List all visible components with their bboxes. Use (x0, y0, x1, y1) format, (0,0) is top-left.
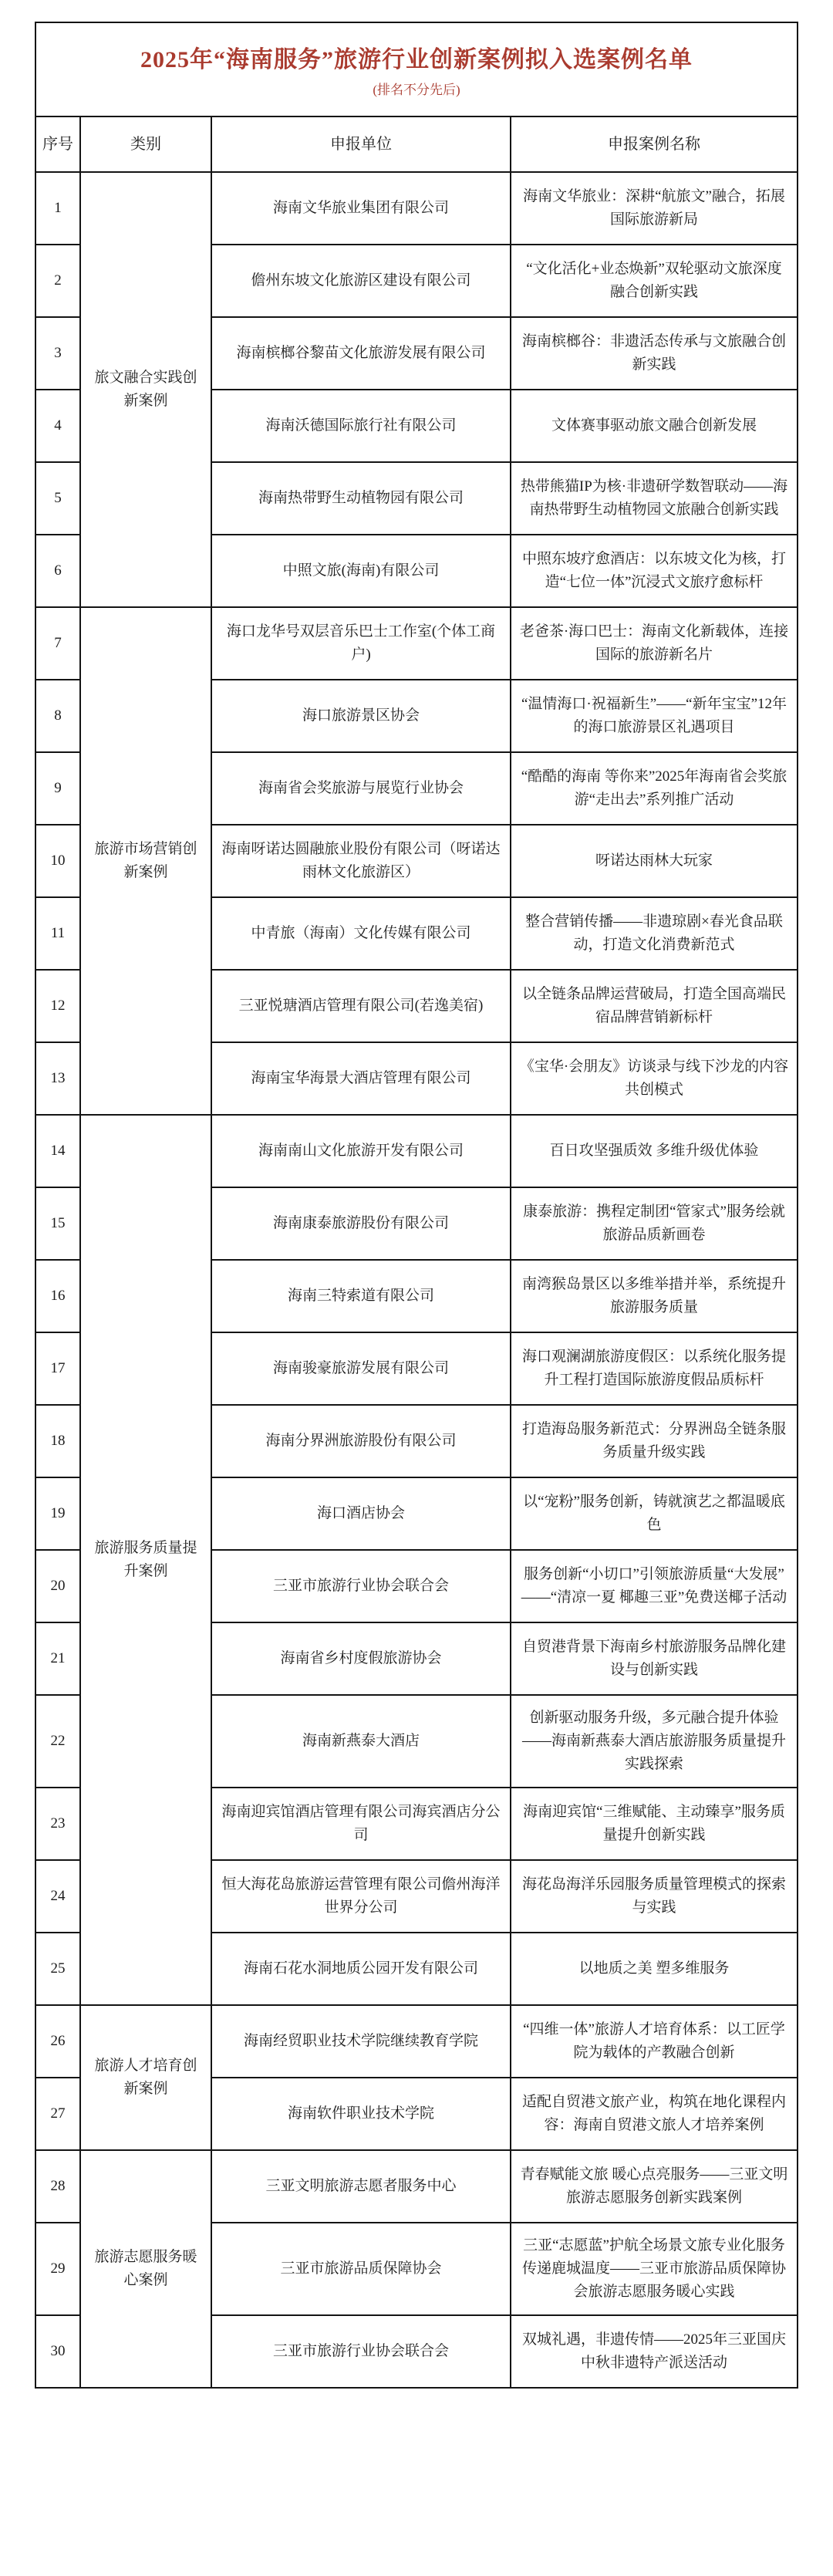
declaring-unit-cell: 海口龙华号双层音乐巴士工作室(个体工商户) (211, 607, 511, 680)
row-number: 23 (35, 1788, 80, 1860)
case-name-cell: “四维一体”旅游人才培育体系：以工匠学院为载体的产教融合创新 (511, 2005, 798, 2078)
declaring-unit-cell: 中照文旅(海南)有限公司 (211, 535, 511, 607)
column-header-case: 申报案例名称 (511, 116, 798, 172)
declaring-unit-cell: 海南热带野生动植物园有限公司 (211, 462, 511, 535)
row-number: 6 (35, 535, 80, 607)
row-number: 28 (35, 2150, 80, 2223)
case-name-cell: 康泰旅游：携程定制团“管家式”服务绘就旅游品质新画卷 (511, 1187, 798, 1260)
title-cell: 2025年“海南服务”旅游行业创新案例拟入选案例名单 (排名不分先后) (35, 22, 798, 116)
declaring-unit-cell: 海口旅游景区协会 (211, 680, 511, 752)
case-name-cell: 适配自贸港文旅产业，构筑在地化课程内容：海南自贸港文旅人才培养案例 (511, 2078, 798, 2150)
row-number: 30 (35, 2315, 80, 2388)
category-cell: 旅游市场营销创新案例 (80, 607, 211, 1115)
row-number: 19 (35, 1477, 80, 1550)
declaring-unit-cell: 海口酒店协会 (211, 1477, 511, 1550)
declaring-unit-cell: 三亚市旅游行业协会联合会 (211, 1550, 511, 1622)
declaring-unit-cell: 海南南山文化旅游开发有限公司 (211, 1115, 511, 1187)
declaring-unit-cell: 海南省乡村度假旅游协会 (211, 1622, 511, 1695)
case-name-cell: 百日攻坚强质效 多维升级优体验 (511, 1115, 798, 1187)
column-header-unit: 申报单位 (211, 116, 511, 172)
header-row: 序号 类别 申报单位 申报案例名称 (35, 116, 798, 172)
case-name-cell: 呀诺达雨林大玩家 (511, 825, 798, 897)
row-number: 17 (35, 1332, 80, 1405)
row-number: 2 (35, 245, 80, 317)
case-name-cell: 以全链条品牌运营破局，打造全国高端民宿品牌营销新标杆 (511, 970, 798, 1042)
case-name-cell: “酷酷的海南 等你来”2025年海南省会奖旅游“走出去”系列推广活动 (511, 752, 798, 825)
declaring-unit-cell: 海南软件职业技术学院 (211, 2078, 511, 2150)
row-number: 9 (35, 752, 80, 825)
category-cell: 旅游服务质量提升案例 (80, 1115, 211, 2005)
row-number: 18 (35, 1405, 80, 1477)
row-number: 10 (35, 825, 80, 897)
declaring-unit-cell: 儋州东坡文化旅游区建设有限公司 (211, 245, 511, 317)
category-cell: 旅游人才培育创新案例 (80, 2005, 211, 2150)
declaring-unit-cell: 海南经贸职业技术学院继续教育学院 (211, 2005, 511, 2078)
row-number: 14 (35, 1115, 80, 1187)
declaring-unit-cell: 海南石花水洞地质公园开发有限公司 (211, 1933, 511, 2005)
table-row: 26旅游人才培育创新案例海南经贸职业技术学院继续教育学院“四维一体”旅游人才培育… (35, 2005, 798, 2078)
case-name-cell: 海南迎宾馆“三维赋能、主动臻享”服务质量提升创新实践 (511, 1788, 798, 1860)
case-name-cell: 以“宠粉”服务创新，铸就演艺之都温暖底色 (511, 1477, 798, 1550)
row-number: 26 (35, 2005, 80, 2078)
declaring-unit-cell: 三亚市旅游品质保障协会 (211, 2223, 511, 2315)
row-number: 11 (35, 897, 80, 970)
declaring-unit-cell: 海南三特索道有限公司 (211, 1260, 511, 1332)
declaring-unit-cell: 海南分界洲旅游股份有限公司 (211, 1405, 511, 1477)
case-table-body: 1旅文融合实践创新案例海南文华旅业集团有限公司海南文华旅业：深耕“航旅文”融合，… (35, 172, 798, 2388)
case-name-cell: “文化活化+业态焕新”双轮驱动文旅深度融合创新实践 (511, 245, 798, 317)
case-name-cell: 整合营销传播——非遗琼剧×春光食品联动，打造文化消费新范式 (511, 897, 798, 970)
table-row: 7旅游市场营销创新案例海口龙华号双层音乐巴士工作室(个体工商户)老爸茶·海口巴士… (35, 607, 798, 680)
category-cell: 旅游志愿服务暖心案例 (80, 2150, 211, 2388)
declaring-unit-cell: 海南骏豪旅游发展有限公司 (211, 1332, 511, 1405)
case-name-cell: 热带熊猫IP为核·非遗研学数智联动——海南热带野生动植物园文旅融合创新实践 (511, 462, 798, 535)
declaring-unit-cell: 海南呀诺达圆融旅业股份有限公司（呀诺达雨林文化旅游区） (211, 825, 511, 897)
case-name-cell: 海南文华旅业：深耕“航旅文”融合，拓展国际旅游新局 (511, 172, 798, 245)
case-name-cell: 海口观澜湖旅游度假区：以系统化服务提升工程打造国际旅游度假品质标杆 (511, 1332, 798, 1405)
row-number: 21 (35, 1622, 80, 1695)
case-name-cell: 海南槟榔谷：非遗活态传承与文旅融合创新实践 (511, 317, 798, 390)
case-name-cell: 创新驱动服务升级，多元融合提升体验——海南新燕泰大酒店旅游服务质量提升实践探索 (511, 1695, 798, 1788)
case-name-cell: 南湾猴岛景区以多维举措并举，系统提升旅游服务质量 (511, 1260, 798, 1332)
declaring-unit-cell: 海南槟榔谷黎苗文化旅游发展有限公司 (211, 317, 511, 390)
case-name-cell: 中照东坡疗愈酒店：以东坡文化为核，打造“七位一体”沉浸式文旅疗愈标杆 (511, 535, 798, 607)
category-cell: 旅文融合实践创新案例 (80, 172, 211, 607)
column-header-category: 类别 (80, 116, 211, 172)
declaring-unit-cell: 海南康泰旅游股份有限公司 (211, 1187, 511, 1260)
table-row: 1旅文融合实践创新案例海南文华旅业集团有限公司海南文华旅业：深耕“航旅文”融合，… (35, 172, 798, 245)
row-number: 20 (35, 1550, 80, 1622)
row-number: 7 (35, 607, 80, 680)
row-number: 3 (35, 317, 80, 390)
row-number: 8 (35, 680, 80, 752)
row-number: 5 (35, 462, 80, 535)
row-number: 22 (35, 1695, 80, 1788)
declaring-unit-cell: 中青旅（海南）文化传媒有限公司 (211, 897, 511, 970)
row-number: 16 (35, 1260, 80, 1332)
title-row: 2025年“海南服务”旅游行业创新案例拟入选案例名单 (排名不分先后) (35, 22, 798, 116)
case-name-cell: 海花岛海洋乐园服务质量管理模式的探索与实践 (511, 1860, 798, 1933)
case-name-cell: 文体赛事驱动旅文融合创新发展 (511, 390, 798, 462)
case-name-cell: 以地质之美 塑多维服务 (511, 1933, 798, 2005)
column-header-no: 序号 (35, 116, 80, 172)
declaring-unit-cell: 三亚市旅游行业协会联合会 (211, 2315, 511, 2388)
case-name-cell: 《宝华·会朋友》访谈录与线下沙龙的内容共创模式 (511, 1042, 798, 1115)
declaring-unit-cell: 海南沃德国际旅行社有限公司 (211, 390, 511, 462)
document-page: 2025年“海南服务”旅游行业创新案例拟入选案例名单 (排名不分先后) 序号 类… (35, 22, 798, 2389)
row-number: 29 (35, 2223, 80, 2315)
table-row: 28旅游志愿服务暖心案例三亚文明旅游志愿者服务中心青春赋能文旅 暖心点亮服务——… (35, 2150, 798, 2223)
row-number: 13 (35, 1042, 80, 1115)
case-name-cell: 老爸茶·海口巴士：海南文化新载体，连接国际的旅游新名片 (511, 607, 798, 680)
declaring-unit-cell: 海南宝华海景大酒店管理有限公司 (211, 1042, 511, 1115)
declaring-unit-cell: 海南新燕泰大酒店 (211, 1695, 511, 1788)
case-name-cell: 自贸港背景下海南乡村旅游服务品牌化建设与创新实践 (511, 1622, 798, 1695)
row-number: 4 (35, 390, 80, 462)
case-name-cell: “温情海口·祝福新生”——“新年宝宝”12年的海口旅游景区礼遇项目 (511, 680, 798, 752)
declaring-unit-cell: 海南文华旅业集团有限公司 (211, 172, 511, 245)
declaring-unit-cell: 海南迎宾馆酒店管理有限公司海宾酒店分公司 (211, 1788, 511, 1860)
page-subtitle: (排名不分先后) (44, 80, 789, 100)
row-number: 24 (35, 1860, 80, 1933)
case-name-cell: 服务创新“小切口”引领旅游质量“大发展”——“清凉一夏 椰趣三亚”免费送椰子活动 (511, 1550, 798, 1622)
declaring-unit-cell: 三亚悦瑭酒店管理有限公司(若逸美宿) (211, 970, 511, 1042)
case-list-table: 2025年“海南服务”旅游行业创新案例拟入选案例名单 (排名不分先后) 序号 类… (35, 22, 798, 2389)
declaring-unit-cell: 三亚文明旅游志愿者服务中心 (211, 2150, 511, 2223)
case-name-cell: 青春赋能文旅 暖心点亮服务——三亚文明旅游志愿服务创新实践案例 (511, 2150, 798, 2223)
row-number: 1 (35, 172, 80, 245)
declaring-unit-cell: 海南省会奖旅游与展览行业协会 (211, 752, 511, 825)
table-row: 14旅游服务质量提升案例海南南山文化旅游开发有限公司百日攻坚强质效 多维升级优体… (35, 1115, 798, 1187)
row-number: 15 (35, 1187, 80, 1260)
case-name-cell: 打造海岛服务新范式：分界洲岛全链条服务质量升级实践 (511, 1405, 798, 1477)
page-title: 2025年“海南服务”旅游行业创新案例拟入选案例名单 (44, 43, 789, 77)
row-number: 25 (35, 1933, 80, 2005)
row-number: 27 (35, 2078, 80, 2150)
case-name-cell: 三亚“志愿蓝”护航全场景文旅专业化服务传递鹿城温度——三亚市旅游品质保障协会旅游… (511, 2223, 798, 2315)
case-name-cell: 双城礼遇，非遗传情——2025年三亚国庆中秋非遗特产派送活动 (511, 2315, 798, 2388)
row-number: 12 (35, 970, 80, 1042)
declaring-unit-cell: 恒大海花岛旅游运营管理有限公司儋州海洋世界分公司 (211, 1860, 511, 1933)
